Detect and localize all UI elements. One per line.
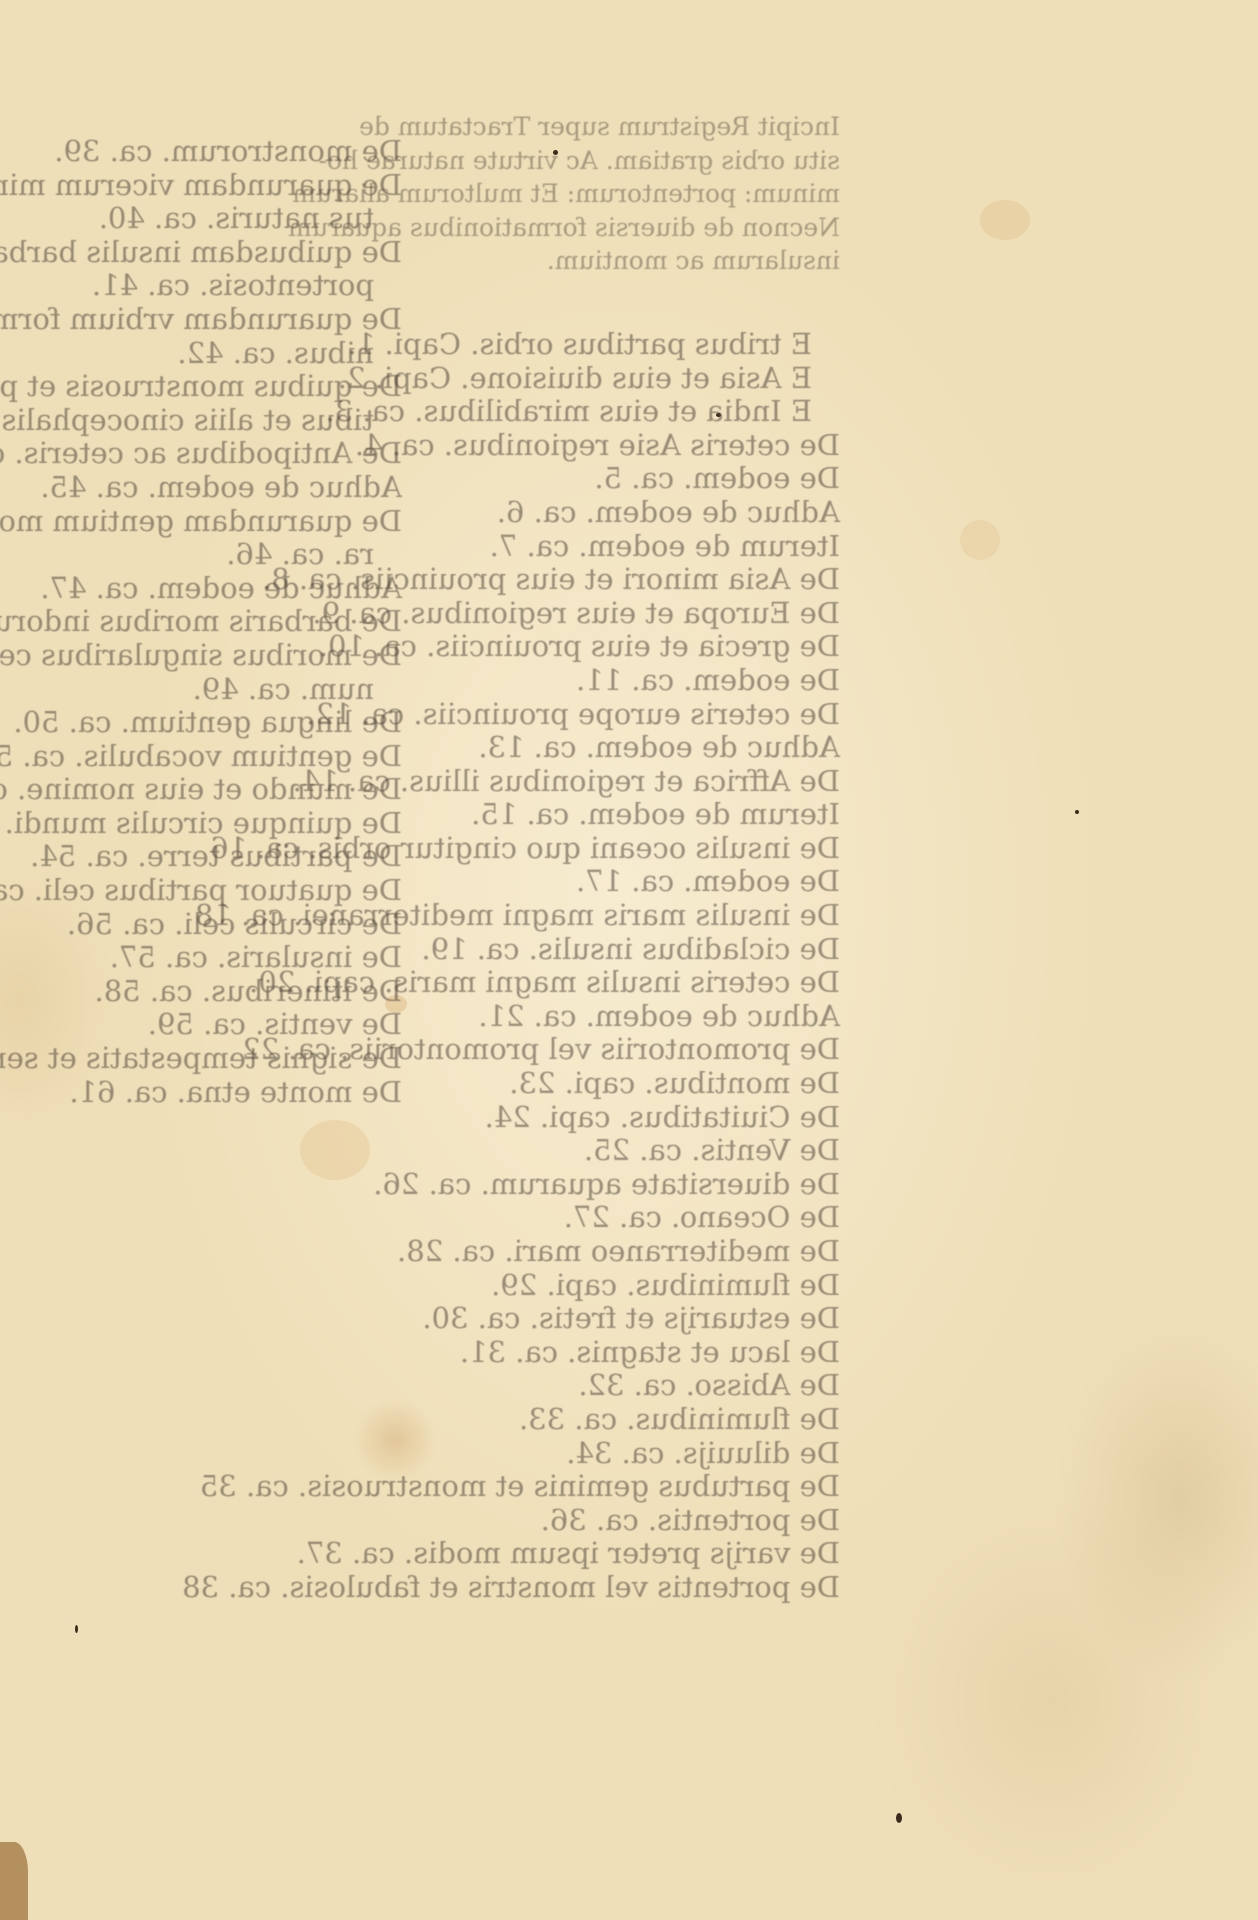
toc-entry: De monte etna. ca. 61. (12, 1076, 402, 1110)
toc-entry: De eodem. ca. 5. (440, 462, 840, 496)
toc-entry: De Ciuitatibus. capi. 24. (440, 1101, 840, 1135)
toc-entry: De lingua gentium. ca. 50. (12, 706, 402, 740)
toc-entry: Adhuc de eodem. ca. 45. (12, 471, 402, 505)
toc-entry: tibus et aliis cinocephalis. ca. 43. (12, 404, 402, 438)
toc-entry: De partibus terre. ca. 54. (12, 840, 402, 874)
toc-entry: De fluminibus. ca. 33. (440, 1403, 840, 1437)
toc-entry: De Antipodibus ac ceteris. ca. 44. (12, 437, 402, 471)
toc-entry: De insularis. ca. 57. (12, 941, 402, 975)
toc-entry: De moribus singularibus ceterarum regio (12, 639, 402, 673)
ink-speck (896, 1813, 902, 1823)
toc-entry: De ceteris Asie regionibus. ca. 4. (440, 429, 840, 463)
toc-entry: De quibus monstruosis et priuatis de gig… (12, 370, 402, 404)
toc-entry: nibus. ca. 42. (12, 337, 402, 371)
toc-entry: Iterum de eodem. ca. 15. (440, 798, 840, 832)
toc-entry: portentosis. ca. 41. (12, 269, 402, 303)
toc-entry: De insulis oceani quo cingitur orbis. ca… (440, 832, 840, 866)
toc-entry: num. ca. 49. (12, 673, 402, 707)
left-column-text: De monstrorum. ca. 39. De quarundam vice… (12, 135, 402, 1109)
toc-entry: De Affrica et regionibus illius. ca. 14. (440, 765, 840, 799)
toc-entry: De quinque circulis mundi. ca. 53. (12, 807, 402, 841)
toc-entry: De insulis maris magni mediterranei. ca.… (440, 899, 840, 933)
toc-entry: tus naturis. ca. 40. (12, 202, 402, 236)
toc-entry: Adhuc de eodem. ca. 13. (440, 731, 840, 765)
toc-entry: E India et eius mirabilibus. ca. 3. (440, 395, 840, 429)
toc-entry: De quarundam vicerum mirus ac singularis (12, 169, 402, 203)
toc-entry: De diluuijs. ca. 34. (440, 1437, 840, 1471)
toc-entry: De Asia minori et eius prouinciis. ca. 8… (440, 563, 840, 597)
toc-entry: De diuersitate aquarum. ca. 26. (440, 1168, 840, 1202)
toc-entry: Adhuc de eodem. ca. 47. (12, 572, 402, 606)
toc-entry: Iterum de eodem. ca. 7. (440, 530, 840, 564)
toc-entry: De montibus. capi. 23. (440, 1067, 840, 1101)
toc-entry: De eodem. ca. 17. (440, 865, 840, 899)
toc-entry: De barbaris moribus indorum. ca. 48. (12, 605, 402, 639)
toc-entry: De portentis vel monstris et fabulosis. … (440, 1571, 840, 1605)
toc-entry: De circulis celi. ca. 56. (12, 908, 402, 942)
toc-entry: Adhuc de eodem. ca. 21. (440, 1000, 840, 1034)
toc-entry: De Abisso. ca. 32. (440, 1369, 840, 1403)
toc-entry: De signis tempestatis et serenitatis. ca… (12, 1042, 402, 1076)
foxing-spot (980, 200, 1030, 240)
right-column-text: Incipit Registrum super Tractatum de sit… (440, 110, 840, 1605)
toc-entry: De quarundam vrbium formis et proportio (12, 303, 402, 337)
toc-entry: De portentis. ca. 36. (440, 1504, 840, 1538)
toc-entry: De estuarijs et fretis. ca. 30. (440, 1302, 840, 1336)
toc-entry: E Asia et eius diuisione. Capi. 2. (440, 362, 840, 396)
toc-entry: De partubus geminis et monstruosis. ca. … (440, 1470, 840, 1504)
toc-entry: De itineribus. ca. 58. (12, 975, 402, 1009)
intro-line: situ orbis gratiam. Ac virtute naturae h… (440, 144, 840, 178)
toc-entry: De eodem. ca. 11. (440, 664, 840, 698)
toc-entry: De cicladibus insulis. ca. 19. (440, 933, 840, 967)
toc-entry: De quatuor partibus celi. ca. 55. (12, 874, 402, 908)
toc-entry: E tribus partibus orbis. Capi. 1. (440, 328, 840, 362)
toc-entry: De quarundam gentium moribus et natu (12, 505, 402, 539)
toc-entry: De mundo et eius nomine. ca. 52. (12, 773, 402, 807)
intro-line: Incipit Registrum super Tractatum de (440, 110, 840, 144)
ink-speck (1075, 810, 1079, 814)
foxing-spot (300, 1120, 370, 1180)
toc-entry: De fluminibus. capi. 29. (440, 1269, 840, 1303)
toc-entry: De lacu et stagnis. ca. 31. (440, 1336, 840, 1370)
foxing-spot (960, 520, 1000, 560)
intro-line: Necnon de diuersis formationibus aquarum (440, 211, 840, 245)
corner-stain (0, 1842, 28, 1920)
intro-line: minum: portentorum: Et multorum aliarum (440, 177, 840, 211)
toc-entry: De ceteris europe prouinciis. ca. 12. (440, 698, 840, 732)
toc-entry: Adhuc de eodem. ca. 6. (440, 496, 840, 530)
toc-entry: ra. ca. 46. (12, 538, 402, 572)
toc-entry: De Europa et eius regionibus. ca. 9. (440, 597, 840, 631)
toc-entry: De grecia et eius prouinciis. ca. 10. (440, 630, 840, 664)
ink-speck (75, 1625, 78, 1633)
intro-line: insularum ac montium. (440, 244, 840, 278)
toc-entry: De ventis. ca. 59. (12, 1008, 402, 1042)
toc-entry: De ceteris insulis magni maris. capi. 20… (440, 966, 840, 1000)
toc-entry: De monstrorum. ca. 39. (12, 135, 402, 169)
toc-entry: De Ventis. ca. 25. (440, 1134, 840, 1168)
toc-entry: De promontoriis vel promontoriis. ca. 22 (440, 1033, 840, 1067)
toc-entry: De mediterraneo mari. ca. 28. (440, 1235, 840, 1269)
toc-entry: De gentium vocabulis. ca. 51. (12, 740, 402, 774)
toc-entry: De varijs preter ipsum modis. ca. 37. (440, 1537, 840, 1571)
toc-entry: De quibusdam insulis barbaris et monstri… (12, 236, 402, 270)
toc-entry: De Oceano. ca. 27. (440, 1201, 840, 1235)
